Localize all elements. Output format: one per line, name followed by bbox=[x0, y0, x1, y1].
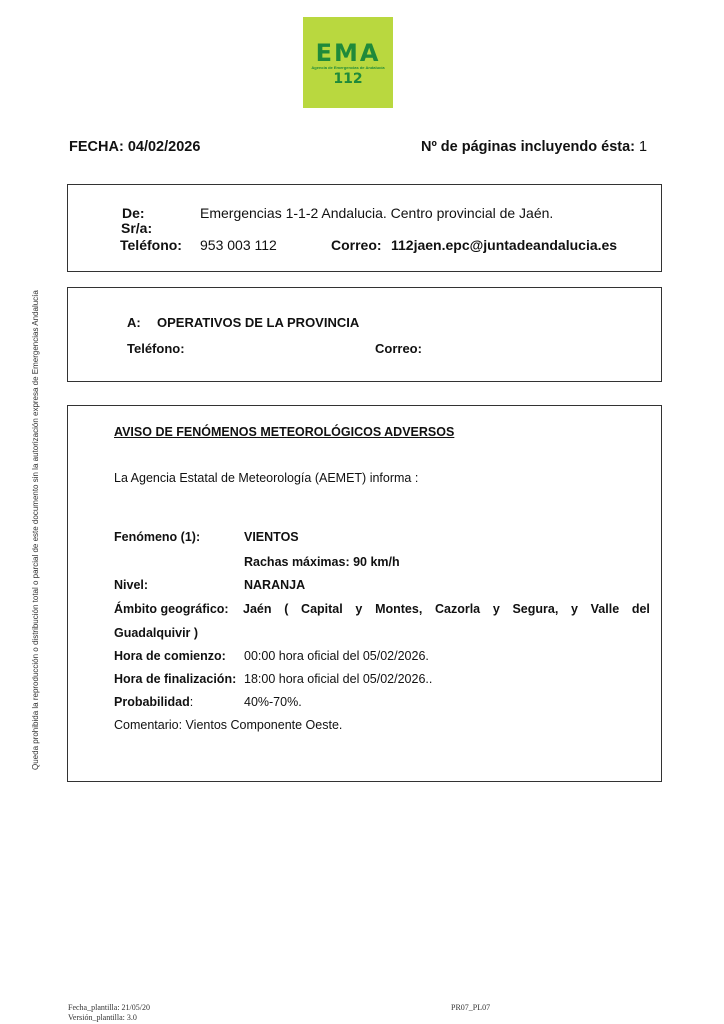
sender-telefono-label: Teléfono: bbox=[120, 237, 182, 253]
ambito-word: Capital bbox=[301, 602, 343, 616]
fecha-value: 04/02/2026 bbox=[128, 139, 201, 155]
recipient-box bbox=[67, 287, 662, 382]
ambito-word: Montes, bbox=[375, 602, 422, 616]
fenomeno-value: VIENTOS bbox=[244, 530, 299, 544]
sender-correo-value[interactable]: 112jaen.epc@juntadeandalucia.es bbox=[391, 237, 617, 253]
ambito-word: Segura, bbox=[512, 602, 558, 616]
logo-acronym: EMA bbox=[316, 41, 381, 65]
comienzo-value: 00:00 hora oficial del 05/02/2026. bbox=[244, 649, 429, 663]
fecha-field: FECHA: 04/02/2026 bbox=[69, 139, 200, 155]
sender-telefono-value: 953 003 112 bbox=[200, 237, 277, 253]
logo-number: 112 bbox=[333, 71, 362, 87]
a-value: OPERATIVOS DE LA PROVINCIA bbox=[157, 315, 359, 330]
comentario: Comentario: Vientos Componente Oeste. bbox=[114, 718, 342, 732]
probabilidad-field: Probabilidad: bbox=[114, 695, 193, 709]
sra-label: Sr/a: bbox=[121, 220, 152, 236]
ambito-word: y bbox=[493, 602, 500, 616]
ambito-word: y bbox=[571, 602, 578, 616]
ambito-label: Ámbito geográfico: bbox=[114, 602, 229, 616]
probabilidad-colon: : bbox=[190, 695, 193, 709]
footer-code: PR07_PL07 bbox=[451, 1003, 490, 1013]
a-label: A: bbox=[127, 315, 141, 330]
ambito-word: Valle bbox=[591, 602, 620, 616]
paginas-value: 1 bbox=[639, 139, 647, 155]
ambito-word: Jaén bbox=[243, 602, 272, 616]
sender-box bbox=[67, 184, 662, 272]
probabilidad-value: 40%-70%. bbox=[244, 695, 302, 709]
ambito-word: ( bbox=[284, 602, 288, 616]
comienzo-label: Hora de comienzo: bbox=[114, 649, 226, 663]
ambito-continuation: Guadalquivir ) bbox=[114, 626, 198, 640]
recipient-correo-label: Correo: bbox=[375, 341, 422, 356]
rachas-value: Rachas máximas: 90 km/h bbox=[244, 555, 400, 569]
ema-112-logo: EMA Agencia de Emergencias de Andalucía … bbox=[303, 17, 393, 108]
recipient-telefono-label: Teléfono: bbox=[127, 341, 185, 356]
paginas-label: Nº de páginas incluyendo ésta: bbox=[421, 139, 635, 155]
ambito-word: y bbox=[355, 602, 362, 616]
footer-fecha-plantilla: Fecha_plantilla: 21/05/20 bbox=[68, 1003, 150, 1013]
sender-correo-label: Correo: bbox=[331, 237, 382, 253]
fenomeno-label: Fenómeno (1): bbox=[114, 530, 200, 544]
aviso-title: AVISO DE FENÓMENOS METEOROLÓGICOS ADVERS… bbox=[114, 425, 454, 439]
de-value: Emergencias 1-1-2 Andalucia. Centro prov… bbox=[200, 205, 553, 221]
finalizacion-value: 18:00 hora oficial del 05/02/2026.. bbox=[244, 672, 432, 686]
fecha-label: FECHA: bbox=[69, 139, 124, 155]
paginas-field: Nº de páginas incluyendo ésta: 1 bbox=[421, 139, 647, 155]
de-label: De: bbox=[122, 205, 145, 221]
nivel-value: NARANJA bbox=[244, 578, 305, 592]
nivel-label: Nivel: bbox=[114, 578, 148, 592]
probabilidad-label: Probabilidad bbox=[114, 695, 190, 709]
ambito-word: del bbox=[632, 602, 650, 616]
footer-version-plantilla: Versión_plantilla: 3.0 bbox=[68, 1013, 150, 1023]
sidebar-copyright-notice: Queda prohibida la reproducción o distri… bbox=[31, 290, 40, 770]
aviso-intro: La Agencia Estatal de Meteorología (AEME… bbox=[114, 471, 418, 485]
footer-template-info: Fecha_plantilla: 21/05/20 Versión_planti… bbox=[68, 1003, 150, 1023]
ambito-word: Cazorla bbox=[435, 602, 480, 616]
finalizacion-label: Hora de finalización: bbox=[114, 672, 236, 686]
ambito-value: Jaén(CapitalyMontes,CazorlaySegura,yVall… bbox=[243, 602, 650, 616]
